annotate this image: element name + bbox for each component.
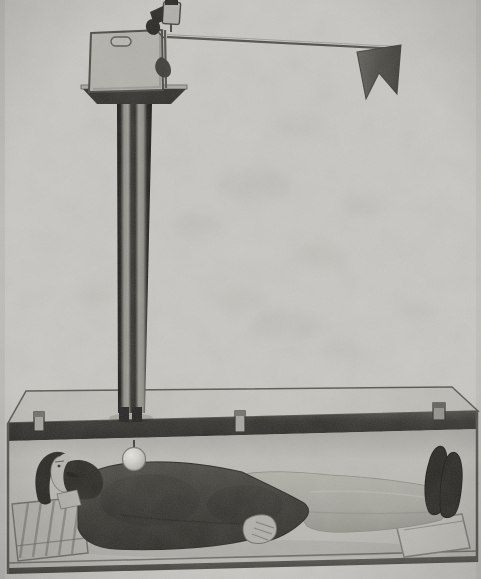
scanned-engraving-page [0, 0, 481, 579]
paper-grain [0, 0, 481, 579]
safety-coffin-illustration [0, 0, 481, 579]
